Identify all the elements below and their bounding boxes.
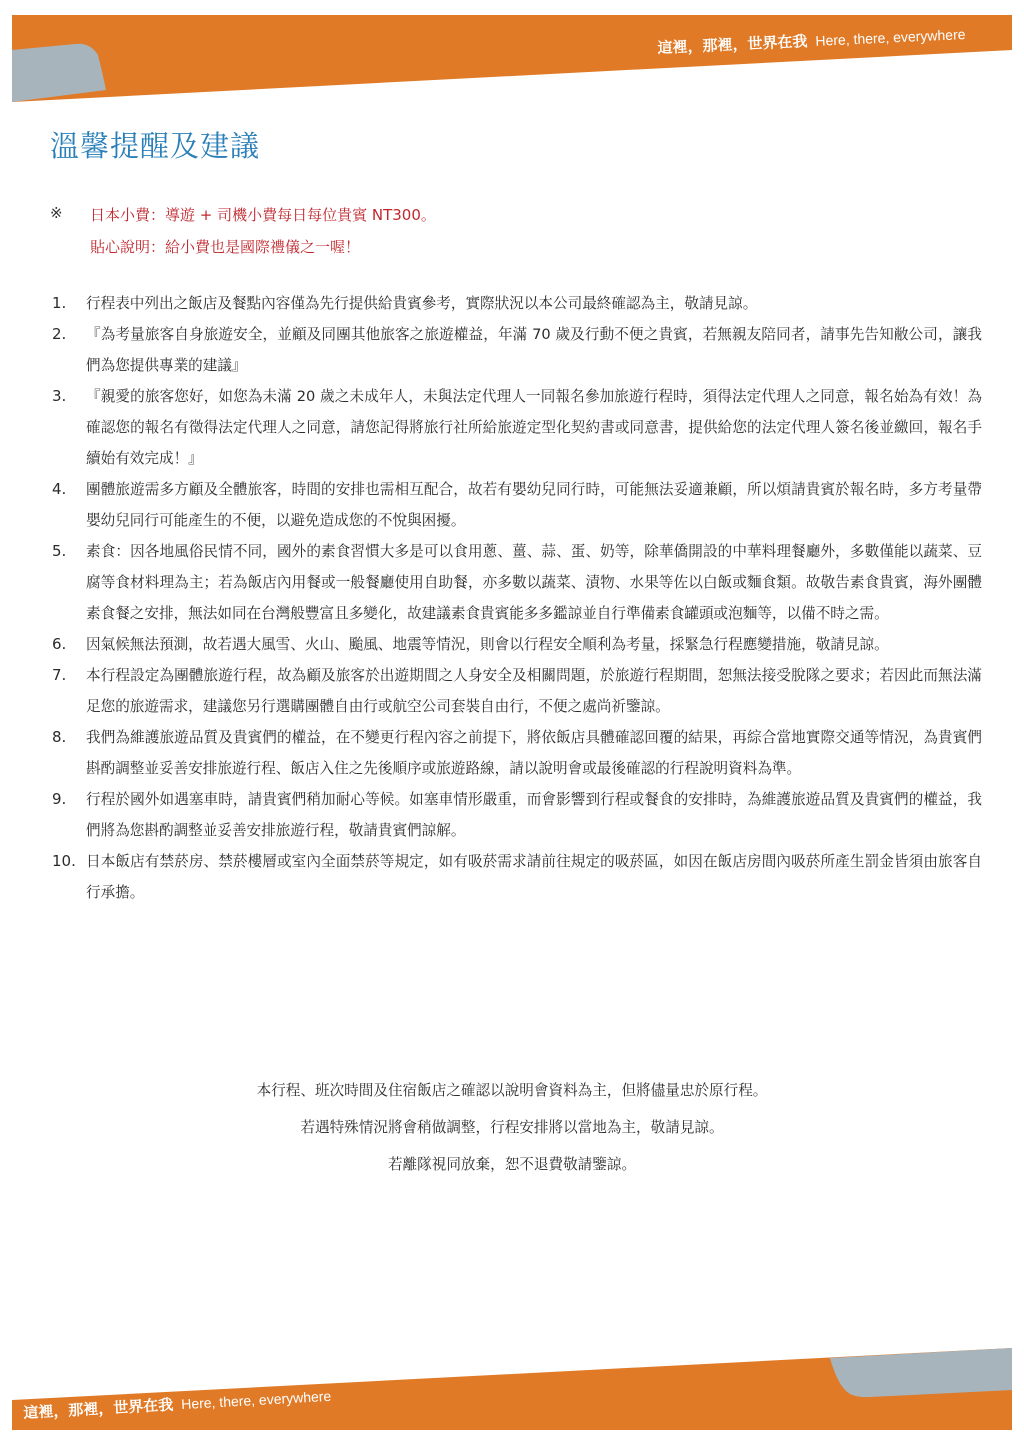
list-item: 8.我們為維護旅遊品質及貴賓們的權益，在不變更行程內容之前提下，將依飯店具體確認… — [52, 722, 982, 784]
item-text: 『為考量旅客自身旅遊安全，並顧及同團其他旅客之旅遊權益，年滿 70 歲及行動不便… — [86, 319, 982, 381]
item-number: 4. — [52, 474, 66, 505]
item-number: 2. — [52, 319, 66, 350]
list-item: 1.行程表中列出之飯店及餐點內容僅為先行提供給貴賓參考，實際狀況以本公司最終確認… — [52, 288, 982, 319]
list-item: 2.『為考量旅客自身旅遊安全，並顧及同團其他旅客之旅遊權益，年滿 70 歲及行動… — [52, 319, 982, 381]
banner-graphic — [0, 0, 1024, 110]
item-number: 5. — [52, 536, 66, 567]
closing-note: 本行程、班次時間及住宿飯店之確認以說明會資料為主，但將儘量忠於原行程。 — [0, 1072, 1024, 1109]
item-text: 素食：因各地風俗民情不同，國外的素食習慣大多是可以食用蔥、薑、蒜、蛋、奶等，除華… — [86, 536, 982, 629]
top-banner: 這裡，那裡，世界在我Here, there, everywhere — [0, 0, 1024, 110]
list-item: 3.『親愛的旅客您好，如您為未滿 20 歲之未成年人，未與法定代理人一同報名參加… — [52, 381, 982, 474]
item-text: 團體旅遊需多方顧及全體旅客，時間的安排也需相互配合，故若有嬰幼兒同行時，可能無法… — [86, 474, 982, 536]
item-number: 8. — [52, 722, 66, 753]
item-number: 6. — [52, 629, 66, 660]
closing-note: 若離隊視同放棄，恕不退費敬請鑒諒。 — [0, 1146, 1024, 1183]
item-number: 7. — [52, 660, 66, 691]
list-item: 9.行程於國外如遇塞車時，請貴賓們稍加耐心等候。如塞車情形嚴重，而會影響到行程或… — [52, 784, 982, 846]
tip-explanation: 貼心說明：給小費也是國際禮儀之一喔！ — [90, 236, 360, 257]
item-text: 行程表中列出之飯店及餐點內容僅為先行提供給貴賓參考，實際狀況以本公司最終確認為主… — [86, 288, 982, 319]
item-text: 本行程設定為團體旅遊行程，故為顧及旅客於出遊期間之人身安全及相關問題，於旅遊行程… — [86, 660, 982, 722]
list-item: 5.素食：因各地風俗民情不同，國外的素食習慣大多是可以食用蔥、薑、蒜、蛋、奶等，… — [52, 536, 982, 629]
reminder-list: 1.行程表中列出之飯店及餐點內容僅為先行提供給貴賓參考，實際狀況以本公司最終確認… — [52, 288, 982, 908]
item-text: 日本飯店有禁菸房、禁菸樓層或室內全面禁菸等規定，如有吸菸需求請前往規定的吸菸區，… — [86, 846, 982, 908]
list-item: 10.日本飯店有禁菸房、禁菸樓層或室內全面禁菸等規定，如有吸菸需求請前往規定的吸… — [52, 846, 982, 908]
list-item: 6.因氣候無法預測，故若遇大風雪、火山、颱風、地震等情況，則會以行程安全順利為考… — [52, 629, 982, 660]
item-number: 3. — [52, 381, 66, 412]
reference-mark-icon: ※ — [50, 204, 63, 222]
item-text: 行程於國外如遇塞車時，請貴賓們稍加耐心等候。如塞車情形嚴重，而會影響到行程或餐食… — [86, 784, 982, 846]
item-text: 『親愛的旅客您好，如您為未滿 20 歲之未成年人，未與法定代理人一同報名參加旅遊… — [86, 381, 982, 474]
page-title: 溫馨提醒及建議 — [50, 124, 260, 165]
list-item: 7.本行程設定為團體旅遊行程，故為顧及旅客於出遊期間之人身安全及相關問題，於旅遊… — [52, 660, 982, 722]
item-number: 10. — [52, 846, 76, 877]
item-text: 我們為維護旅遊品質及貴賓們的權益，在不變更行程內容之前提下，將依飯店具體確認回覆… — [86, 722, 982, 784]
item-number: 1. — [52, 288, 66, 319]
item-text: 因氣候無法預測，故若遇大風雪、火山、颱風、地震等情況，則會以行程安全順利為考量，… — [86, 629, 982, 660]
closing-notes: 本行程、班次時間及住宿飯店之確認以說明會資料為主，但將儘量忠於原行程。 若遇特殊… — [0, 1072, 1024, 1183]
item-number: 9. — [52, 784, 66, 815]
tip-line: 日本小費：導遊 + 司機小費每日每位貴賓 NT300。 — [90, 204, 436, 225]
list-item: 4.團體旅遊需多方顧及全體旅客，時間的安排也需相互配合，故若有嬰幼兒同行時，可能… — [52, 474, 982, 536]
closing-note: 若遇特殊情況將會稍做調整，行程安排將以當地為主，敬請見諒。 — [0, 1109, 1024, 1146]
bottom-banner: 這裡，那裡，世界在我Here, there, everywhere — [0, 1340, 1024, 1448]
